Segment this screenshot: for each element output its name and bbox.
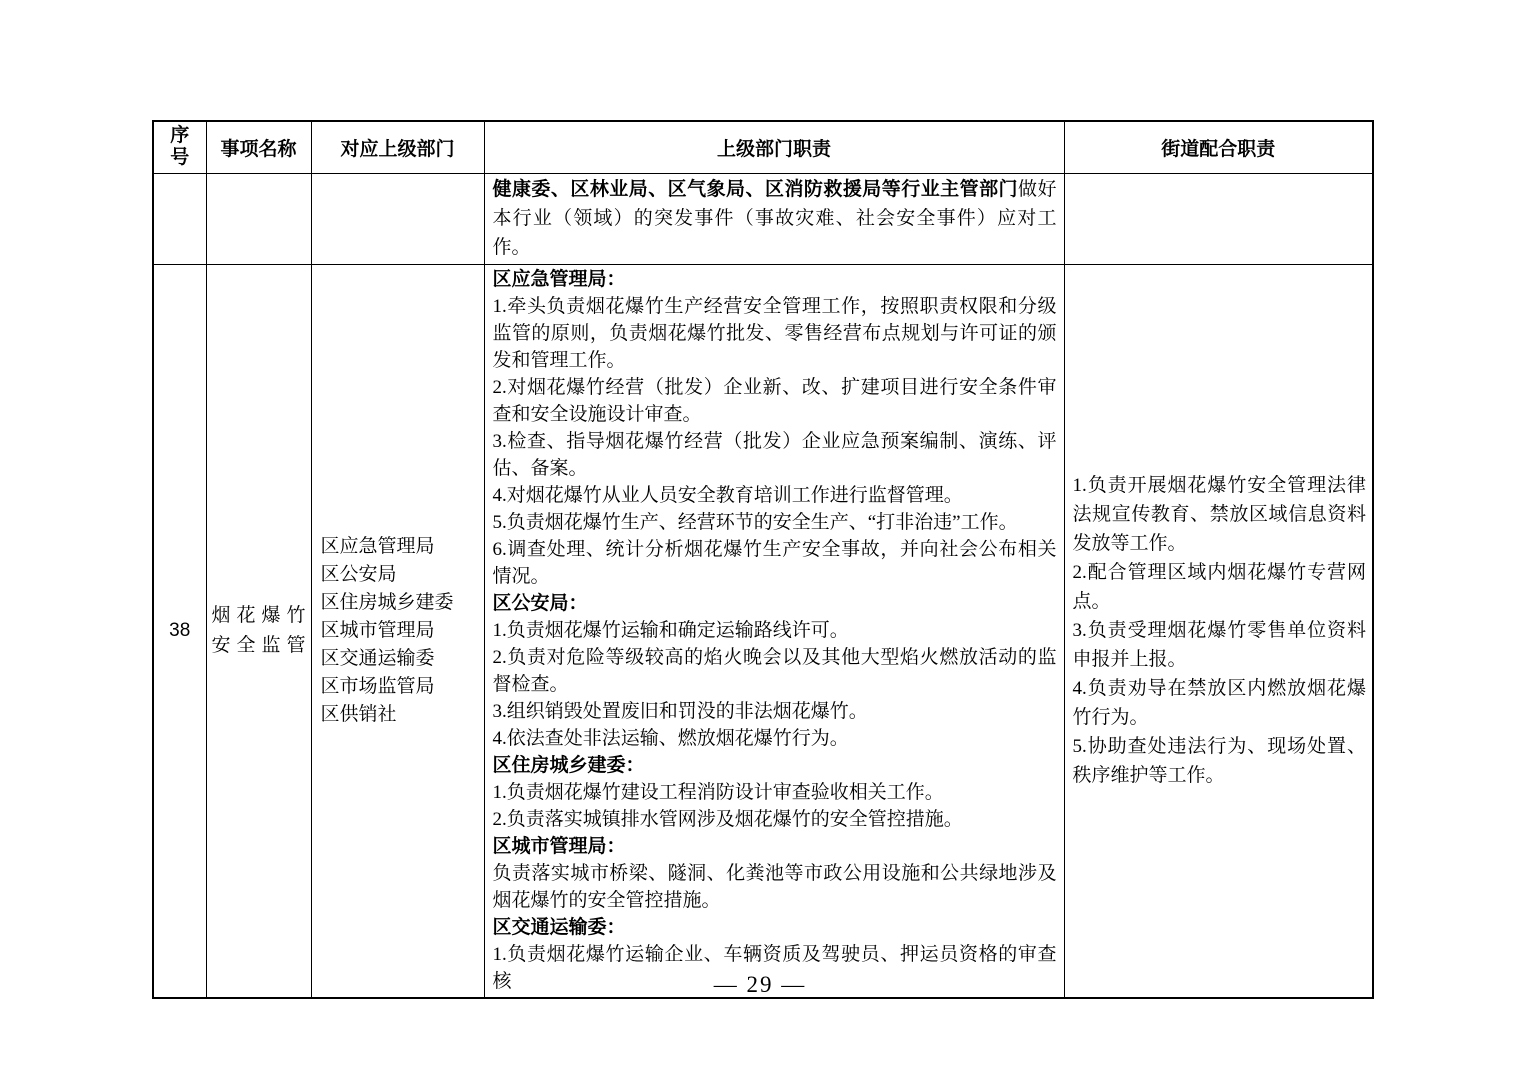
superior-duty-line: 2.负责对危险等级较高的焰火晚会以及其他大型焰火燃放活动的监督检查。 <box>493 644 1057 698</box>
superior-duty-line: 区交通运输委： <box>493 914 1057 941</box>
superior-duty-line: 1.负责烟花爆竹建设工程消防设计审查验收相关工作。 <box>493 779 1057 806</box>
superior-duty-line: 3.检查、指导烟花爆竹经营（批发）企业应急预案编制、演练、评估、备案。 <box>493 428 1057 482</box>
superior-duty-line: 1.牵头负责烟花爆竹生产经营安全管理工作，按照职责权限和分级监管的原则，负责烟花… <box>493 293 1057 374</box>
superior-duty-line: 3.组织销毁处置废旧和罚没的非法烟花爆竹。 <box>493 698 1057 725</box>
superior-duty-line: 4.对烟花爆竹从业人员安全教育培训工作进行监督管理。 <box>493 482 1057 509</box>
street-duty-line: 1.负责开展烟花爆竹安全管理法律法规宣传教育、禁放区域信息资料发放等工作。 <box>1073 471 1367 558</box>
header-no-label: 序号 <box>169 125 191 169</box>
department-line: 区供销社 <box>321 701 480 729</box>
department-line: 区公安局 <box>321 561 480 589</box>
header-no: 序号 <box>153 121 206 173</box>
superior-duty-line: 4.依法查处非法运输、燃放烟花爆竹行为。 <box>493 725 1057 752</box>
superior-duty-line: 5.负责烟花爆竹生产、经营环节的安全生产、“打非治违”工作。 <box>493 509 1057 536</box>
department-line: 区应急管理局 <box>321 533 480 561</box>
superior-duty-line: 6.调查处理、统计分析烟花爆竹生产安全事故，并向社会公布相关情况。 <box>493 536 1057 590</box>
header-superior-duties: 上级部门职责 <box>484 121 1064 173</box>
superior-duty-line: 负责落实城市桥梁、隧洞、化粪池等市政公用设施和公共绿地涉及烟花爆竹的安全管控措施… <box>493 860 1057 914</box>
data-row-38: 38 烟花爆竹安全监管 区应急管理局区公安局区住房城乡建委区城市管理局区交通运输… <box>153 264 1373 998</box>
empty-cell-dept <box>311 173 484 264</box>
header-row: 序号 事项名称 对应上级部门 上级部门职责 街道配合职责 <box>153 121 1373 173</box>
header-street-duties: 街道配合职责 <box>1064 121 1373 173</box>
superior-duty-line: 1.负责烟花爆竹运输和确定运输路线许可。 <box>493 617 1057 644</box>
continuation-duty-cell: 健康委、区林业局、区气象局、区消防救援局等行业主管部门做好本行业（领域）的突发事… <box>484 173 1064 264</box>
street-duty-list: 1.负责开展烟花爆竹安全管理法律法规宣传教育、禁放区域信息资料发放等工作。2.配… <box>1073 471 1367 790</box>
cell-serial-number: 38 <box>153 264 206 998</box>
page-number: — 29 — <box>0 972 1520 998</box>
duties-table: 序号 事项名称 对应上级部门 上级部门职责 街道配合职责 健康委、区林业局、区气… <box>152 120 1374 999</box>
empty-cell-no <box>153 173 206 264</box>
continuation-row: 健康委、区林业局、区气象局、区消防救援局等行业主管部门做好本行业（领域）的突发事… <box>153 173 1373 264</box>
cell-departments: 区应急管理局区公安局区住房城乡建委区城市管理局区交通运输委区市场监管局区供销社 <box>311 264 484 998</box>
department-line: 区交通运输委 <box>321 645 480 673</box>
superior-duty-line: 区城市管理局： <box>493 833 1057 860</box>
continuation-bold-text: 健康委、区林业局、区气象局、区消防救援局等行业主管部门 <box>493 179 1019 200</box>
street-duty-line: 2.配合管理区域内烟花爆竹专营网点。 <box>1073 558 1367 616</box>
superior-duty-list: 区应急管理局：1.牵头负责烟花爆竹生产经营安全管理工作，按照职责权限和分级监管的… <box>493 266 1057 995</box>
empty-cell-item-name <box>206 173 311 264</box>
superior-duty-line: 2.负责落实城镇排水管网涉及烟花爆竹的安全管控措施。 <box>493 806 1057 833</box>
document-page: 序号 事项名称 对应上级部门 上级部门职责 街道配合职责 健康委、区林业局、区气… <box>0 0 1520 1074</box>
superior-duty-line: 区应急管理局： <box>493 266 1057 293</box>
street-duty-line: 5.协助查处违法行为、现场处置、秩序维护等工作。 <box>1073 732 1367 790</box>
street-duty-line: 4.负责劝导在禁放区内燃放烟花爆竹行为。 <box>1073 674 1367 732</box>
header-item-name: 事项名称 <box>206 121 311 173</box>
superior-duty-line: 区公安局： <box>493 590 1057 617</box>
continuation-paragraph: 健康委、区林业局、区气象局、区消防救援局等行业主管部门做好本行业（领域）的突发事… <box>493 175 1057 262</box>
department-line: 区市场监管局 <box>321 673 480 701</box>
department-line: 区住房城乡建委 <box>321 589 480 617</box>
superior-duty-line: 区住房城乡建委： <box>493 752 1057 779</box>
cell-item-name: 烟花爆竹安全监管 <box>206 264 311 998</box>
department-list: 区应急管理局区公安局区住房城乡建委区城市管理局区交通运输委区市场监管局区供销社 <box>321 533 480 729</box>
cell-superior-duties: 区应急管理局：1.牵头负责烟花爆竹生产经营安全管理工作，按照职责权限和分级监管的… <box>484 264 1064 998</box>
empty-cell-street <box>1064 173 1373 264</box>
superior-duty-line: 2.对烟花爆竹经营（批发）企业新、改、扩建项目进行安全条件审查和安全设施设计审查… <box>493 374 1057 428</box>
header-superior-dept: 对应上级部门 <box>311 121 484 173</box>
department-line: 区城市管理局 <box>321 617 480 645</box>
street-duty-line: 3.负责受理烟花爆竹零售单位资料申报并上报。 <box>1073 616 1367 674</box>
item-name-text: 烟花爆竹安全监管 <box>212 601 306 661</box>
cell-street-duties: 1.负责开展烟花爆竹安全管理法律法规宣传教育、禁放区域信息资料发放等工作。2.配… <box>1064 264 1373 998</box>
